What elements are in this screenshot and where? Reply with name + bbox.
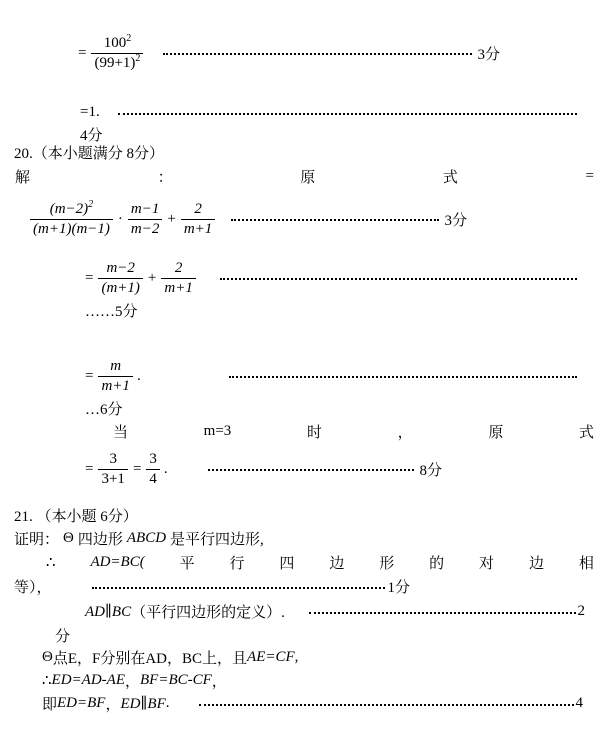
fraction: (m−2)2 (m+1)(m−1)	[30, 200, 113, 239]
heading-text: 21. （本小题 6分）	[14, 505, 138, 526]
char: 对	[479, 552, 494, 573]
math-term: AE=CF	[247, 649, 295, 666]
formula-line-6: = 3 3+1 = 3 4 . 8分	[85, 450, 442, 489]
denominator: 3+1	[98, 469, 127, 489]
text: （平行四边形的定义）.	[131, 601, 285, 622]
justified-line-therefore: ∴ AD=BC( 平 行 四 边 形 的 对 边 相	[46, 552, 594, 573]
text: 是平行四边形,	[170, 528, 264, 549]
fraction: 3 4	[146, 450, 160, 489]
numerator: 3	[146, 450, 160, 469]
dotted-leader	[208, 469, 415, 471]
equals-sign: =	[133, 461, 141, 478]
dotted-leader	[199, 704, 573, 706]
fraction: m−1 m−2	[128, 200, 162, 239]
therefore-symbol: ∴	[42, 671, 52, 690]
numerator: 1002	[101, 34, 135, 53]
denominator: (m+1)	[98, 278, 142, 298]
period: .	[137, 368, 141, 385]
numerator: 3	[106, 450, 120, 469]
char: 原	[488, 421, 503, 442]
denominator: m+1	[161, 278, 195, 298]
multiply-dot: ·	[118, 211, 123, 228]
math-term: AD=BC(	[90, 554, 144, 571]
formula-line-5: = m m+1 .	[85, 357, 577, 396]
justified-line-when-m3: 当 m=3 时 ， 原 式	[113, 421, 594, 442]
numerator: 2	[191, 200, 205, 219]
denominator: m+1	[181, 219, 215, 239]
char: ：	[158, 166, 173, 187]
score-label: 8分	[419, 459, 442, 480]
score-label: 1分	[387, 576, 410, 597]
proof-line-5: ∴ ED=AD-AE ， BF=BC-CF ，	[42, 670, 227, 691]
score-label: ……5分	[85, 300, 138, 321]
math-term: BF=BC-CF	[140, 672, 212, 689]
heading-text: 20.（本小题满分 8分）	[14, 142, 164, 163]
denominator: m+1	[98, 376, 132, 396]
char: 形	[379, 552, 394, 573]
char: 的	[429, 552, 444, 573]
math-term: ABCD	[127, 530, 166, 547]
proof-line-1: 证明： Θ 四边形 ABCD 是平行四边形,	[14, 528, 268, 549]
fraction: 2 m+1	[181, 200, 215, 239]
plus-sign: +	[148, 270, 156, 287]
formula-line-4: = m−2 (m+1) + 2 m+1	[85, 259, 577, 298]
justified-line-solution: 解 ： 原 式 =	[15, 166, 594, 187]
formula-line-2: =1.	[80, 104, 577, 121]
char: 原	[300, 166, 315, 187]
dotted-leader	[220, 278, 577, 280]
problem-21-heading: 21. （本小题 6分）	[14, 505, 138, 526]
equals-sign: =	[85, 461, 93, 478]
score-label: 2	[578, 603, 586, 620]
char: 行	[230, 552, 245, 573]
char: 边	[329, 552, 344, 573]
equals-sign: =	[78, 45, 86, 62]
equals-sign: =	[85, 368, 93, 385]
fraction: m−2 (m+1)	[98, 259, 142, 298]
denominator: m−2	[128, 219, 162, 239]
fraction: 1002 (99+1)2	[91, 34, 143, 73]
dotted-leader	[92, 587, 386, 589]
proof-line-4: Θ 点E，F分别在AD，BC上，且 AE=CF ,	[42, 647, 298, 668]
numerator: m−2	[103, 259, 137, 278]
numerator: m	[107, 357, 124, 376]
proof-line-6: 即 ED=BF ， ED∥BF . 4	[42, 693, 583, 714]
answer-sheet-page: = 1002 (99+1)2 3分 =1. 4分 20.（本小题满分 8分） 解…	[0, 0, 610, 743]
proof-line-3: AD∥BC （平行四边形的定义）. 2	[85, 601, 585, 622]
text: ,	[295, 649, 299, 666]
fraction: 2 m+1	[161, 259, 195, 298]
fraction: 3 3+1	[98, 450, 127, 489]
equation-text: =1.	[80, 104, 100, 121]
score-label: 4	[576, 695, 584, 712]
plus-sign: +	[167, 211, 175, 228]
score-label: 3分	[444, 209, 467, 230]
dotted-leader	[163, 53, 472, 55]
problem-20-heading: 20.（本小题满分 8分）	[14, 142, 164, 163]
proof-label: 证明：	[14, 528, 59, 549]
text: 点E，F分别在AD，BC上，且	[53, 647, 247, 668]
fraction: m m+1	[98, 357, 132, 396]
because-symbol: Θ	[63, 530, 74, 547]
score-line: …6分	[85, 398, 123, 419]
score-label: 分	[55, 625, 70, 646]
dotted-leader	[118, 113, 577, 115]
score-label: 3分	[477, 43, 500, 64]
denominator: 4	[146, 469, 160, 489]
dotted-leader	[229, 376, 577, 378]
because-symbol: Θ	[42, 649, 53, 666]
char: 解	[15, 166, 30, 187]
denominator: (m+1)(m−1)	[30, 219, 113, 239]
char: 平	[180, 552, 195, 573]
char: 四	[279, 552, 294, 573]
score-line: 分	[55, 625, 70, 646]
math-term: ED∥BF	[120, 694, 165, 713]
char: ，	[398, 421, 413, 442]
comma: ，	[105, 693, 120, 714]
formula-line-3: (m−2)2 (m+1)(m−1) · m−1 m−2 + 2 m+1 3分	[30, 200, 467, 239]
score-line: ……5分	[85, 300, 138, 321]
char: 时	[307, 421, 322, 442]
period: .	[164, 461, 168, 478]
denominator: (99+1)2	[91, 53, 143, 73]
period: .	[166, 695, 170, 712]
text: 四边形	[78, 528, 123, 549]
equals-sign: =	[85, 270, 93, 287]
char: m=3	[204, 423, 232, 440]
numerator: m−1	[128, 200, 162, 219]
char: 式	[443, 166, 458, 187]
math-term: ED=BF	[57, 695, 105, 712]
text: 即	[42, 693, 57, 714]
char: 式	[579, 421, 594, 442]
comma: ，	[125, 670, 140, 691]
numerator: 2	[172, 259, 186, 278]
char: =	[586, 168, 594, 185]
char: 边	[529, 552, 544, 573]
score-label: …6分	[85, 398, 123, 419]
math-term: AD∥BC	[85, 602, 131, 621]
proof-line-2: 等）， 1分	[14, 576, 410, 597]
dotted-leader	[309, 612, 576, 614]
numerator: (m−2)2	[47, 200, 96, 219]
comma: ，	[212, 670, 227, 691]
math-term: ED=AD-AE	[52, 672, 125, 689]
therefore-symbol: ∴	[46, 553, 56, 572]
formula-line-1: = 1002 (99+1)2 3分	[78, 34, 500, 73]
text: 等），	[14, 576, 52, 597]
dotted-leader	[231, 219, 439, 221]
char: 当	[113, 421, 128, 442]
char: 相	[579, 552, 594, 573]
